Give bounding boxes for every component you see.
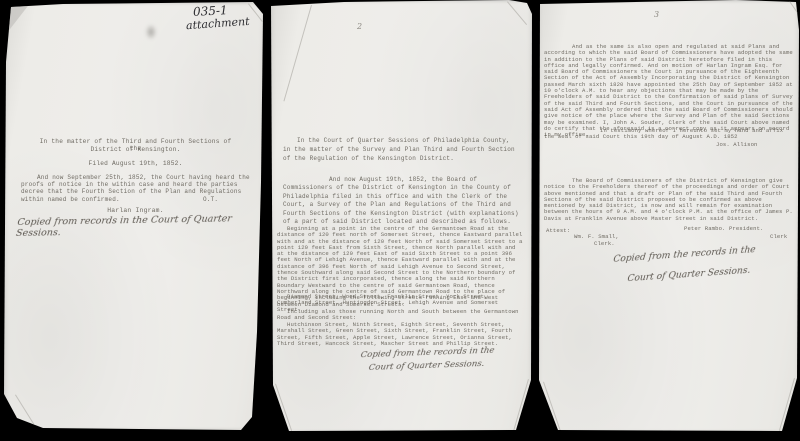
crease-line <box>507 1 527 25</box>
document-page-2: 2 In the Court of Quarter Sessions of Ph… <box>269 0 533 434</box>
confirmation-order-paragraph: And as the same is also open and regulat… <box>544 44 794 138</box>
street-list-note: Including also those running North and S… <box>277 309 525 322</box>
crease-line <box>248 3 264 23</box>
page-number: 3 <box>654 10 659 19</box>
folded-corner-mark <box>3 2 31 38</box>
document-page-3: 3 And as the same is also open and regul… <box>536 0 800 434</box>
clerk-initials: O.T. <box>203 196 218 203</box>
crease-line <box>513 379 529 431</box>
handwritten-certification-line1: Copied from the records in the <box>360 346 495 361</box>
commissioners-notice-paragraph: The Board of Commissioners of the Distri… <box>544 178 794 222</box>
handwritten-certification-line2: Court of Quarter Sessions. <box>627 266 751 284</box>
president-name: Peter Rambo. President. <box>684 226 764 232</box>
page-number: 2 <box>357 22 362 31</box>
pen-annotation-word: attachment <box>186 16 250 32</box>
filing-paragraph: And now August 19th, 1852, the Board of … <box>283 176 521 226</box>
stain-mark <box>145 24 157 40</box>
attest-label: Attest: <box>546 228 570 234</box>
filed-date-line: Filed August 19th, 1852. <box>33 160 238 167</box>
crease-line <box>788 0 800 28</box>
testimony-paragraph: In testimony whereof I hereunto set my h… <box>544 128 794 141</box>
document-page-1: 035-1 attachment In the matter of the Th… <box>3 2 265 432</box>
handwritten-certification-line2: Court of Quarter Sessions. <box>368 359 485 373</box>
court-caption-paragraph: In the Court of Quarter Sessions of Phil… <box>283 136 521 163</box>
crease-line <box>543 382 561 431</box>
clerk-signature: Jos. Allison <box>716 142 757 148</box>
street-list-north-south: Hutchinson Street, Ninth Street, Eighth … <box>277 322 525 347</box>
crease-line <box>15 394 38 430</box>
attest-clerk-title: Clerk. <box>594 241 615 247</box>
handwritten-certification: Copied from records in the Court of Quar… <box>15 213 258 239</box>
president-clerk-title: Clerk <box>770 234 787 240</box>
scanned-documents-canvas: { "canvas": { "background": "#000000", "… <box>0 0 800 441</box>
crease-line <box>779 378 795 431</box>
case-title-line2: District of Kensington. <box>33 146 238 153</box>
handwritten-certification-line1: Copied from the records in the <box>613 245 756 265</box>
crease-line <box>283 5 312 101</box>
crease-line <box>275 384 292 432</box>
